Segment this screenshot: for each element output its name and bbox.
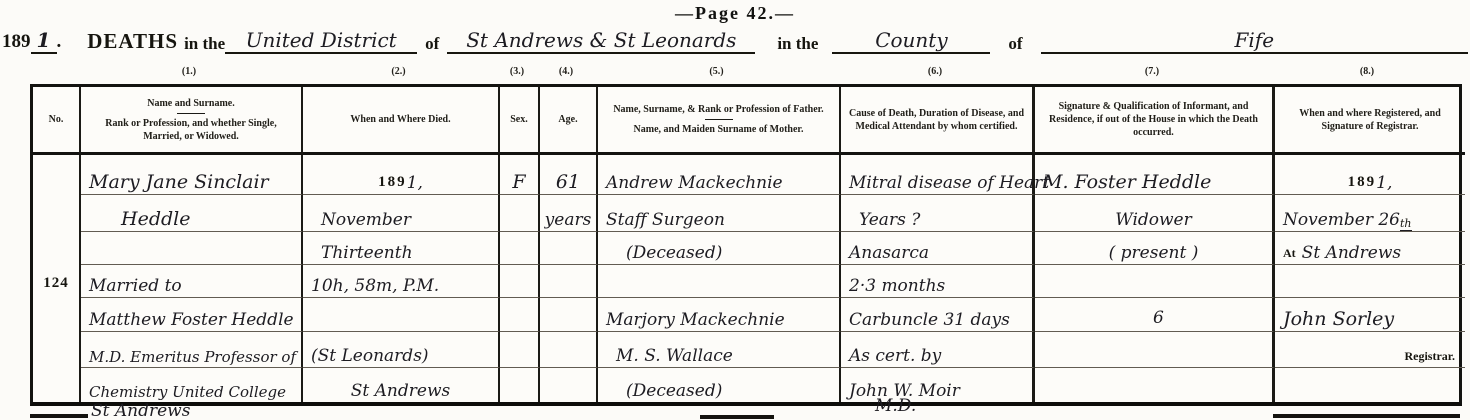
certifying-doctor-degree: M.D. [875,398,916,417]
deceased-name-line1: Mary Jane Sinclair [89,173,269,194]
cell-age-r6 [540,332,598,368]
title-county-name-handwritten: Fife [1041,28,1468,54]
cell-no-r4: 124 [33,265,81,298]
cell-registered-r1: 1891, [1275,155,1465,195]
cell-died-r4: 10h, 58m, P.M. [303,265,500,298]
died-day: Thirteenth [321,245,413,264]
cell-parents-r7: (Deceased) [598,368,841,402]
mother-maiden-name: M. S. Wallace [616,348,733,367]
cell-sex-r4 [500,265,540,298]
cause-certified-by: As cert. by [849,348,941,367]
cell-parents-r6: M. S. Wallace [598,332,841,368]
cell-no-r7 [33,368,81,402]
scan-artifact-mark [700,415,774,419]
header-name-bottom: Rank or Profession, and whether Single, … [85,117,297,143]
colnum-2: (2.) [300,66,497,77]
cell-informant-r6 [1035,332,1275,368]
cell-sex-r7 [500,368,540,402]
cell-registered-r4 [1275,265,1465,298]
cell-died-r3: Thirteenth [303,232,500,265]
cell-died-r7: St Andrews [303,368,500,402]
colnum-7: (7.) [1032,66,1272,77]
title-place-handwritten: St Andrews & St Leonards [447,28,755,54]
cell-informant-r1: M. Foster Heddle [1035,155,1275,195]
colnum-4: (4.) [537,66,595,77]
cell-no-r1 [33,155,81,195]
cell-died-r6: (St Leonards) [303,332,500,368]
registrar-signature: John Sorley [1283,310,1394,331]
header-died-label: When and Where Died. [350,113,450,126]
column-number-strip: (1.) (2.) (3.) (4.) (5.) (6.) (7.) (8.) [30,66,1462,77]
cell-sex-r1: F [500,155,540,195]
cell-registered-r7 [1275,368,1465,402]
died-year-printed: 189 [378,174,407,194]
header-registered: When and where Registered, and Signature… [1275,87,1465,155]
registered-date: November 26 [1283,212,1400,231]
cell-informant-r2: Widower [1035,195,1275,232]
cause-line1: Mitral disease of Heart [849,175,1049,194]
header-died: When and Where Died. [303,87,500,155]
title-year-handwritten: 1 [31,28,57,54]
title-deaths-label: DEATHS [87,29,178,54]
header-name: Name and Surname. Rank or Profession, an… [81,87,303,155]
cause-duration: Years ? [859,212,920,231]
father-name: Andrew Mackechnie [606,175,783,194]
died-year-handwritten: 1, [407,175,423,194]
header-informant-label: Signature & Qualification of Informant, … [1039,100,1268,139]
informant-residence-note: ( present ) [1109,245,1199,264]
header-name-top: Name and Surname. [147,97,235,110]
cell-informant-r4 [1035,265,1275,298]
colnum-8: (8.) [1272,66,1462,77]
age-value: 61 [556,173,580,194]
mother-deceased-note: (Deceased) [626,383,722,402]
cell-cause-r1: Mitral disease of Heart [841,155,1035,195]
header-divider [705,119,733,120]
cell-informant-r7 [1035,368,1275,402]
title-in-the-2: in the [777,34,818,54]
title-county-handwritten: County [832,28,990,54]
title-of-1: of [425,34,439,54]
cell-sex-r2 [500,195,540,232]
death-register-page: —Page 42.— 1891. DEATHS in the United Di… [0,0,1470,420]
header-informant: Signature & Qualification of Informant, … [1035,87,1275,155]
header-sex: Sex. [500,87,540,155]
cell-died-r2: November [303,195,500,232]
header-parents: Name, Surname, & Rank or Profession of F… [598,87,841,155]
cause-duration2: 2·3 months [849,278,945,297]
father-profession: Staff Surgeon [606,212,725,231]
cell-informant-r5: 6 [1035,298,1275,332]
header-cause-label: Cause of Death, Duration of Disease, and… [845,107,1028,133]
died-place-line2: St Andrews [351,383,450,402]
cell-parents-r3: (Deceased) [598,232,841,265]
marital-status-line: Married to [89,278,182,297]
registered-date-suffix: th [1400,217,1412,231]
died-time: 10h, 58m, P.M. [311,278,439,297]
header-no: No. [33,87,81,155]
colnum-3: (3.) [497,66,537,77]
spouse-name: Matthew Foster Heddle [89,312,294,331]
sex-value: F [512,173,525,194]
title-in-the: in the [184,34,225,54]
father-deceased-note: (Deceased) [626,245,722,264]
cause-line3: Anasarca [849,245,929,264]
cell-cause-r6: As cert. by [841,332,1035,368]
cell-sex-r6 [500,332,540,368]
register-title-line: 1891. DEATHS in the United District of S… [2,28,1468,54]
cell-cause-r5: Carbuncle 31 days [841,298,1035,332]
registered-year-printed: 189 [1348,174,1377,194]
header-cause: Cause of Death, Duration of Disease, and… [841,87,1035,155]
cell-cause-r3: Anasarca [841,232,1035,265]
informant-signature: M. Foster Heddle [1043,173,1211,194]
cell-name-r6: M.D. Emeritus Professor of [81,332,303,368]
header-father-bottom: Name, and Maiden Surname of Mother. [634,123,804,136]
spouse-profession-line1: M.D. Emeritus Professor of [89,350,296,367]
cause-line5: Carbuncle 31 days [849,312,1010,331]
header-sex-label: Sex. [510,113,528,126]
title-year-dot: . [57,31,62,52]
cell-cause-r2: Years ? [841,195,1035,232]
registered-place: St Andrews [1302,245,1401,264]
cell-registered-r3: AtSt Andrews [1275,232,1465,265]
header-father-top: Name, Surname, & Rank or Profession of F… [613,103,823,116]
cell-age-r5 [540,298,598,332]
colnum-spacer [30,66,78,77]
deceased-surname: Heddle [121,210,190,231]
header-age-label: Age. [558,113,577,126]
cell-registered-r5: John Sorley [1275,298,1465,332]
cell-age-r2: years [540,195,598,232]
registered-year-handwritten: 1, [1376,175,1392,194]
cell-name-r4: Married to [81,265,303,298]
cell-died-r5 [303,298,500,332]
cell-name-r1: Mary Jane Sinclair [81,155,303,195]
header-registered-label: When and where Registered, and Signature… [1279,107,1461,133]
cell-cause-r7: John W. MoirM.D. [841,368,1035,402]
scan-artifact-mark [1273,414,1460,418]
scan-artifact-mark [30,414,88,418]
registrar-printed-label: Registrar. [1404,349,1455,367]
cell-name-r3 [81,232,303,265]
cell-age-r4 [540,265,598,298]
cell-parents-r4 [598,265,841,298]
cell-sex-r5 [500,298,540,332]
register-table: No. Name and Surname. Rank or Profession… [30,84,1462,406]
cell-parents-r1: Andrew Mackechnie [598,155,841,195]
title-year: 1891. [2,28,61,54]
cell-age-r7 [540,368,598,402]
cell-no-r3 [33,232,81,265]
cell-name-r5: Matthew Foster Heddle [81,298,303,332]
cell-age-r3 [540,232,598,265]
died-month: November [321,212,411,231]
spouse-profession-line2: Chemistry United College [89,385,286,402]
page-number-header: —Page 42.— [0,3,1470,24]
cell-died-r1: 1891, [303,155,500,195]
cell-cause-r4: 2·3 months [841,265,1035,298]
cell-parents-r2: Staff Surgeon [598,195,841,232]
title-district-handwritten: United District [225,28,417,54]
cell-registered-r2: November 26th [1275,195,1465,232]
colnum-5: (5.) [595,66,838,77]
title-year-printed: 189 [2,31,31,52]
colnum-6: (6.) [838,66,1032,77]
registered-at-printed: At [1283,246,1296,264]
colnum-1: (1.) [78,66,300,77]
died-place-line1: (St Leonards) [311,348,429,367]
age-units: years [545,212,592,231]
cell-informant-r3: ( present ) [1035,232,1275,265]
spouse-residence: St Andrews [91,403,190,420]
header-divider [177,113,205,114]
title-of-2: of [1008,34,1022,54]
entry-number: 124 [43,275,69,298]
header-no-label: No. [49,113,64,126]
cell-registered-r6: Registrar. [1275,332,1465,368]
cell-parents-r5: Marjory Mackechnie [598,298,841,332]
cell-name-r7: Chemistry United CollegeSt Andrews [81,368,303,402]
cell-no-r2 [33,195,81,232]
cell-no-r5 [33,298,81,332]
cell-name-r2: Heddle [81,195,303,232]
mother-name: Marjory Mackechnie [606,312,785,331]
cell-age-r1: 61 [540,155,598,195]
cell-no-r6 [33,332,81,368]
cell-sex-r3 [500,232,540,265]
header-age: Age. [540,87,598,155]
pen-flourish-mark: 6 [1153,310,1164,329]
informant-qualification: Widower [1115,212,1191,231]
